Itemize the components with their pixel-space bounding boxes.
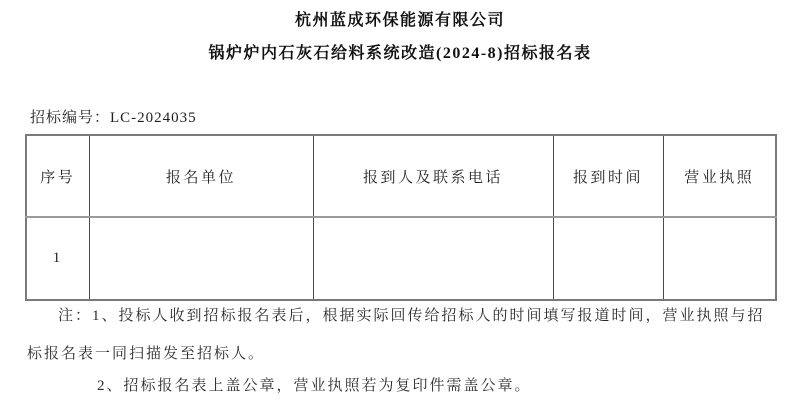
- tender-number-label: 招标编号：: [30, 110, 110, 126]
- form-title: 锅炉炉内石灰石给料系统改造(2024-8)招标报名表: [0, 40, 800, 63]
- header-serial-number: 序号: [26, 135, 89, 217]
- table-row: 1: [26, 217, 776, 300]
- note-line-1: 注：1、投标人收到招标报名表后，根据实际回传给招标人的时间填写报道时间，营业执照…: [58, 304, 765, 325]
- company-title: 杭州蓝成环保能源有限公司: [0, 7, 800, 30]
- cell-applicant-unit: [89, 217, 313, 300]
- header-applicant-unit: 报名单位: [89, 135, 313, 217]
- header-checkin-time: 报到时间: [553, 135, 663, 217]
- registration-table: 序号 报名单位 报到人及联系电话 报到时间 营业执照 1: [25, 134, 777, 301]
- tender-number-value: LC-2024035: [110, 110, 197, 126]
- document-page: 杭州蓝成环保能源有限公司 锅炉炉内石灰石给料系统改造(2024-8)招标报名表 …: [0, 0, 800, 400]
- note-line-3: 2、招标报名表上盖公章，营业执照若为复印件需盖公章。: [97, 374, 532, 395]
- cell-business-license: [663, 217, 776, 300]
- table-header-row: 序号 报名单位 报到人及联系电话 报到时间 营业执照: [26, 135, 776, 217]
- cell-contact-phone: [313, 217, 553, 300]
- cell-serial-number: 1: [26, 217, 89, 300]
- note-line-2: 标报名表一同扫描发至招标人。: [27, 342, 265, 363]
- tender-number-line: 招标编号：LC-2024035: [30, 106, 197, 127]
- header-business-license: 营业执照: [663, 135, 776, 217]
- header-contact-phone: 报到人及联系电话: [313, 135, 553, 217]
- cell-checkin-time: [553, 217, 663, 300]
